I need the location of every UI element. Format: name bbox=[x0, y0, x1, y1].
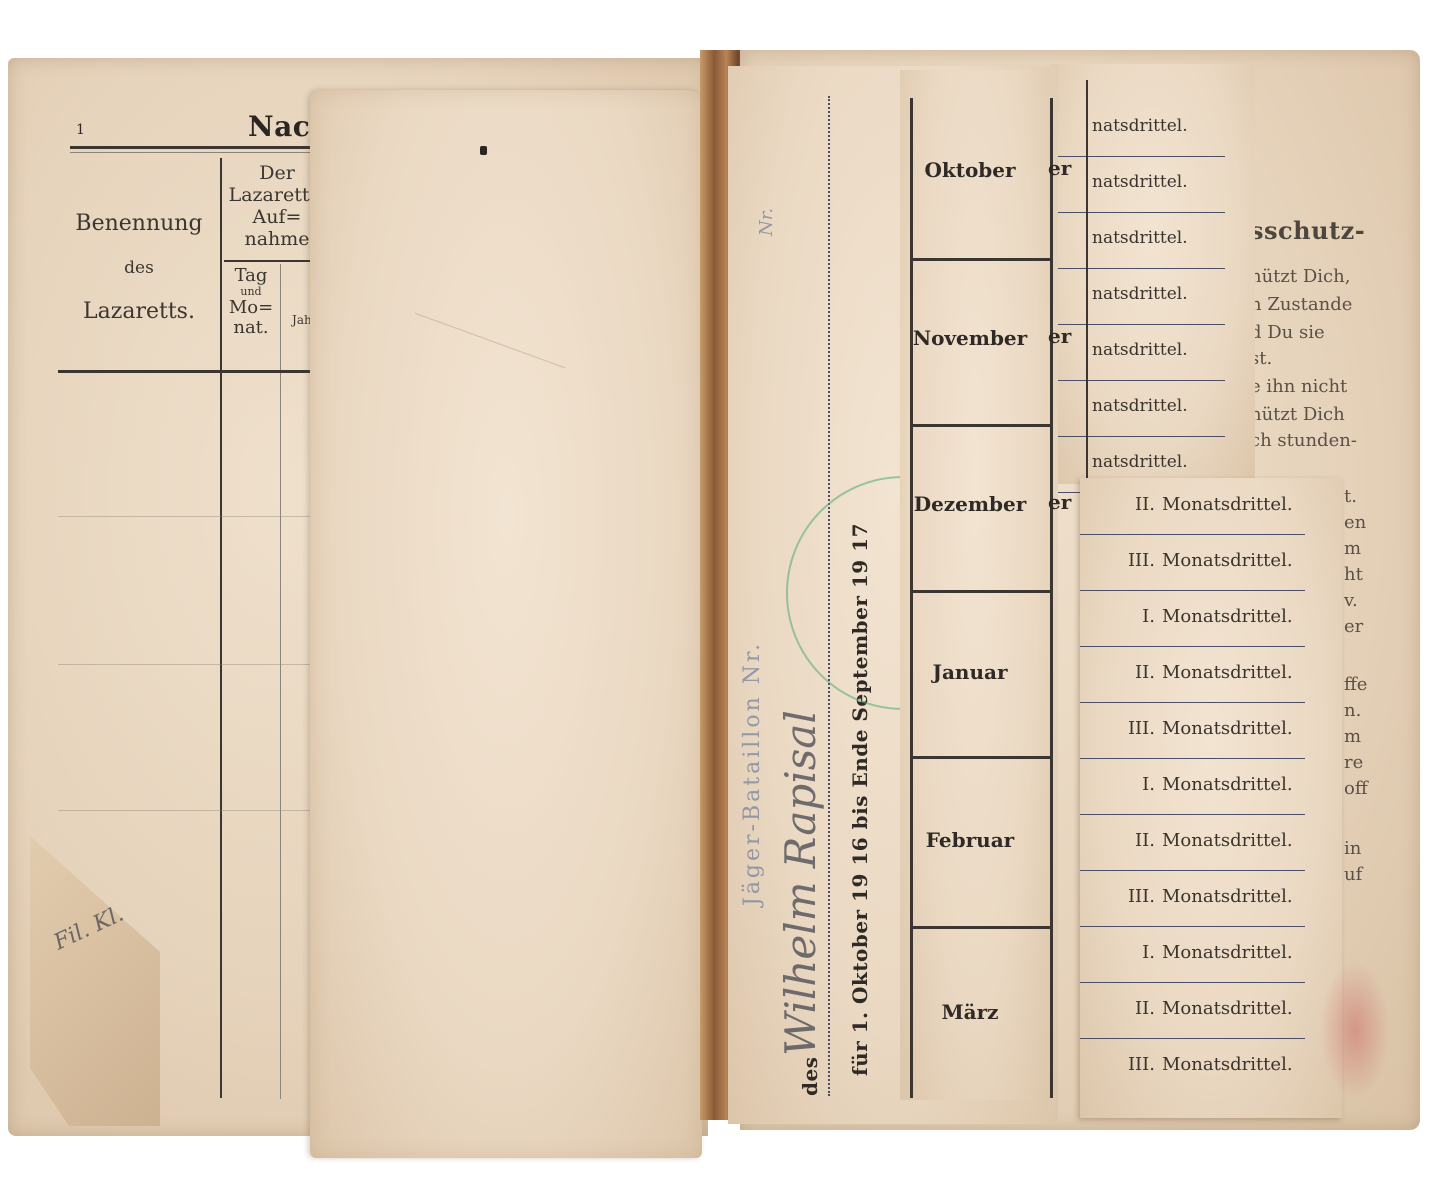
page-number: 1 bbox=[76, 124, 85, 136]
tag-label: Tag bbox=[224, 266, 278, 286]
month-column: Oktober er November er Dezember er Janua… bbox=[900, 70, 1090, 1100]
month-maerz: März bbox=[900, 1000, 1040, 1024]
back-drittel-text: natsdrittel. bbox=[1092, 228, 1188, 248]
monat-label-2: nat. bbox=[224, 318, 278, 338]
prefix-des: des bbox=[798, 1057, 822, 1096]
month-dezember: Dezember bbox=[900, 492, 1040, 516]
back-line: d Du sie bbox=[1250, 322, 1325, 343]
drittel-number: II. bbox=[1135, 830, 1155, 851]
crease bbox=[415, 313, 566, 369]
back-line: ch stunden- bbox=[1250, 430, 1357, 451]
hospital-record-table: 1 Nachw Benennung des Lazaretts. Der Laz… bbox=[30, 66, 350, 1126]
drittel-number: II. bbox=[1135, 494, 1155, 515]
number-label: Nr. bbox=[756, 208, 777, 236]
drittel-row: I.Monatsdrittel. bbox=[1080, 926, 1305, 983]
drittel-row: III.Monatsdrittel. bbox=[1080, 702, 1305, 759]
drittel-row: II.Monatsdrittel. bbox=[1080, 814, 1305, 871]
edge-fragment: uf bbox=[1344, 864, 1362, 885]
monat-label-1: Mo= bbox=[224, 298, 278, 318]
ink-speck bbox=[480, 146, 487, 155]
back-drittel-text: natsdrittel. bbox=[1092, 116, 1188, 136]
month-februar: Februar bbox=[900, 828, 1040, 852]
drittel-text: Monatsdrittel. bbox=[1162, 550, 1293, 571]
drittel-number: II. bbox=[1135, 662, 1155, 683]
edge-fragment: n. bbox=[1344, 700, 1361, 721]
month-divider bbox=[912, 926, 1052, 929]
col-divider-1 bbox=[220, 158, 222, 1098]
back-heading: sschutz- bbox=[1250, 216, 1365, 245]
month-right-rule bbox=[1050, 98, 1053, 1098]
handwritten-name: Wilhelm Rapisal bbox=[776, 710, 825, 1056]
col1-line3: Lazaretts. bbox=[54, 290, 224, 334]
table-header-bottom-rule bbox=[58, 370, 328, 373]
month-column-bg bbox=[900, 70, 1050, 1100]
edge-fragment: m bbox=[1344, 726, 1361, 747]
edge-fragment: m bbox=[1344, 538, 1361, 559]
drittel-text: Monatsdrittel. bbox=[1162, 1054, 1293, 1075]
red-stain bbox=[1320, 960, 1390, 1100]
drittel-text: Monatsdrittel. bbox=[1162, 942, 1293, 963]
month-divider bbox=[912, 424, 1052, 427]
drittel-row: III.Monatsdrittel. bbox=[1080, 1038, 1305, 1094]
edge-fragment: t. bbox=[1344, 486, 1357, 507]
edge-fragment: in bbox=[1344, 838, 1361, 859]
drittel-text: Monatsdrittel. bbox=[1162, 886, 1293, 907]
drittel-row: I.Monatsdrittel. bbox=[1080, 590, 1305, 647]
drittel-text: Monatsdrittel. bbox=[1162, 998, 1293, 1019]
edge-fragment: v. bbox=[1344, 590, 1358, 611]
month-oktober: Oktober bbox=[900, 158, 1040, 182]
row-rule bbox=[58, 516, 328, 517]
month-november: November bbox=[900, 326, 1040, 350]
back-drittel-text: natsdrittel. bbox=[1092, 396, 1188, 416]
row-rule bbox=[58, 810, 328, 811]
folded-corner bbox=[30, 836, 160, 1126]
drittel-number: II. bbox=[1135, 998, 1155, 1019]
drittel-text: Monatsdrittel. bbox=[1162, 494, 1293, 515]
drittel-text: Monatsdrittel. bbox=[1162, 606, 1293, 627]
blank-insert-card bbox=[310, 90, 702, 1158]
col1-line2: des bbox=[54, 246, 224, 290]
drittel-number: I. bbox=[1142, 606, 1155, 627]
edge-fragment: off bbox=[1344, 778, 1368, 799]
back-line: n Zustande bbox=[1250, 294, 1352, 315]
month-suffix: er bbox=[1048, 156, 1071, 180]
edge-fragment: ffe bbox=[1344, 674, 1367, 695]
month-suffix: er bbox=[1048, 490, 1071, 514]
header-rule-thin bbox=[70, 152, 345, 153]
edge-fragment: re bbox=[1344, 752, 1363, 773]
drittel-number: III. bbox=[1128, 718, 1155, 739]
drittel-text: Monatsdrittel. bbox=[1162, 830, 1293, 851]
row-rule bbox=[58, 664, 328, 665]
drittel-number: I. bbox=[1142, 774, 1155, 795]
col1-line1: Benennung bbox=[54, 202, 224, 246]
printed-unit-faint: Jäger-Bataillon Nr. bbox=[740, 641, 765, 906]
drittel-text: Monatsdrittel. bbox=[1162, 774, 1293, 795]
col-divider-2 bbox=[280, 264, 281, 1099]
drittel-row: II.Monatsdrittel. bbox=[1080, 478, 1305, 535]
back-line: hützt Dich bbox=[1250, 404, 1345, 425]
drittel-row: III.Monatsdrittel. bbox=[1080, 870, 1305, 927]
col-header-lazarett: Benennung des Lazaretts. bbox=[54, 202, 224, 334]
drittel-number: I. bbox=[1142, 942, 1155, 963]
month-januar: Januar bbox=[900, 660, 1040, 684]
month-divider bbox=[912, 258, 1052, 261]
edge-fragment: en bbox=[1344, 512, 1366, 533]
drittel-row: I.Monatsdrittel. bbox=[1080, 758, 1305, 815]
back-drittel-text: natsdrittel. bbox=[1092, 172, 1188, 192]
month-suffix: er bbox=[1048, 324, 1071, 348]
back-line: hützt Dich, bbox=[1250, 266, 1350, 287]
month-divider bbox=[912, 590, 1052, 593]
subheader-rule bbox=[224, 260, 324, 262]
back-drittel-text: natsdrittel. bbox=[1092, 284, 1188, 304]
drittel-row: II.Monatsdrittel. bbox=[1080, 982, 1305, 1039]
monatsdrittel-card: II.Monatsdrittel. III.Monatsdrittel. I.M… bbox=[1080, 478, 1342, 1118]
edge-fragment: ht bbox=[1344, 564, 1363, 585]
back-drittel-text: natsdrittel. bbox=[1092, 452, 1188, 472]
drittel-row: III.Monatsdrittel. bbox=[1080, 534, 1305, 591]
drittel-text: Monatsdrittel. bbox=[1162, 718, 1293, 739]
drittel-row: II.Monatsdrittel. bbox=[1080, 646, 1305, 703]
col-header-day-month: Tag und Mo= nat. bbox=[224, 266, 278, 338]
month-left-rule bbox=[910, 98, 913, 1098]
edge-fragment: er bbox=[1344, 616, 1363, 637]
drittel-number: III. bbox=[1128, 1054, 1155, 1075]
drittel-number: III. bbox=[1128, 886, 1155, 907]
back-drittel-text: natsdrittel. bbox=[1092, 340, 1188, 360]
drittel-number: III. bbox=[1128, 550, 1155, 571]
header-rule bbox=[70, 146, 345, 149]
drittel-text: Monatsdrittel. bbox=[1162, 662, 1293, 683]
month-divider bbox=[912, 756, 1052, 759]
back-line: e ihn nicht bbox=[1250, 376, 1347, 397]
